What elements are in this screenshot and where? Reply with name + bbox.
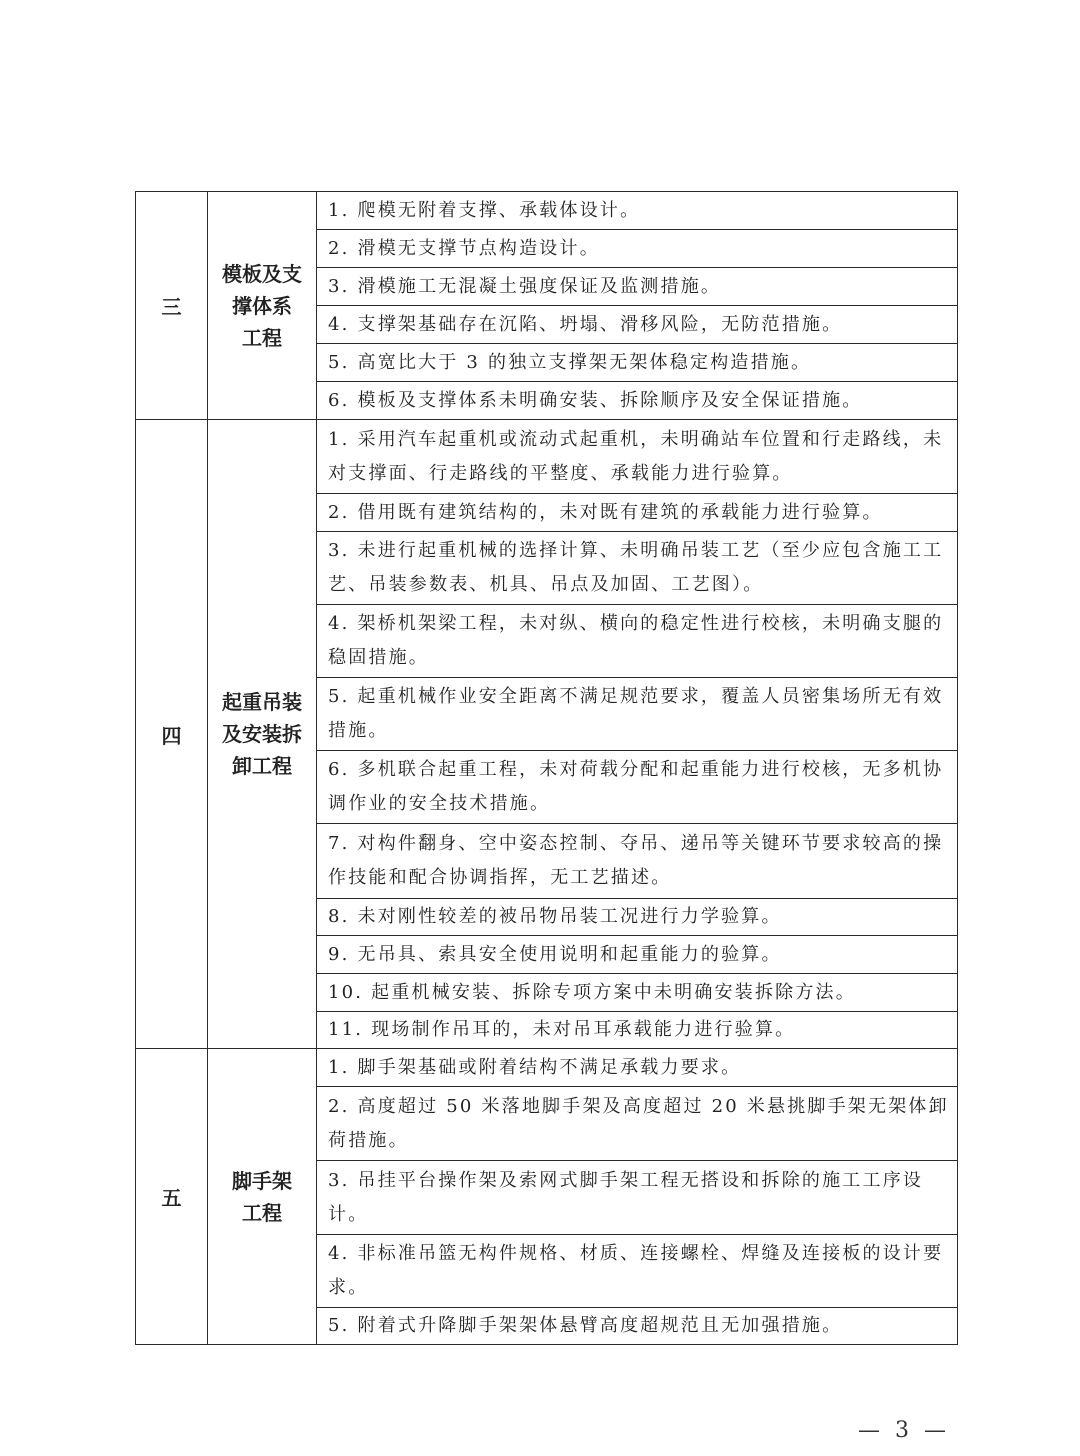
page-number: — 3 — — [858, 1418, 950, 1443]
category-line: 工程 — [208, 322, 316, 354]
section-category: 起重吊装及安装拆卸工程 — [208, 420, 317, 1049]
category-line: 卸工程 — [208, 750, 316, 782]
criteria-item: 3. 滑模施工无混凝土强度保证及监测措施。 — [317, 268, 958, 306]
hazard-criteria-table: 三模板及支撑体系工程1. 爬模无附着支撑、承载体设计。2. 滑模无支撑节点构造设… — [135, 191, 958, 1345]
criteria-item: 2. 借用既有建筑结构的，未对既有建筑的承载能力进行验算。 — [317, 494, 958, 532]
table-body: 三模板及支撑体系工程1. 爬模无附着支撑、承载体设计。2. 滑模无支撑节点构造设… — [136, 192, 958, 1345]
criteria-item: 4. 支撑架基础存在沉陷、坍塌、滑移风险，无防范措施。 — [317, 306, 958, 344]
criteria-item: 5. 附着式升降脚手架架体悬臂高度超规范且无加强措施。 — [317, 1308, 958, 1345]
criteria-item: 1. 爬模无附着支撑、承载体设计。 — [317, 192, 958, 230]
section-number: 五 — [136, 1049, 208, 1345]
criteria-item: 9. 无吊具、索具安全使用说明和起重能力的验算。 — [317, 936, 958, 974]
criteria-item: 6. 多机联合起重工程，未对荷载分配和起重能力进行校核，无多机协调作业的安全技术… — [317, 751, 958, 824]
category-line: 工程 — [208, 1197, 316, 1229]
criteria-item: 3. 未进行起重机械的选择计算、未明确吊装工艺（至少应包含施工工艺、吊装参数表、… — [317, 532, 958, 605]
category-line: 模板及支 — [208, 258, 316, 290]
category-line: 起重吊装 — [208, 686, 316, 718]
table-row: 五脚手架工程1. 脚手架基础或附着结构不满足承载力要求。 — [136, 1049, 958, 1087]
criteria-item: 7. 对构件翻身、空中姿态控制、夺吊、递吊等关键环节要求较高的操作技能和配合协调… — [317, 824, 958, 899]
criteria-item: 1. 采用汽车起重机或流动式起重机，未明确站车位置和行走路线，未对支撑面、行走路… — [317, 420, 958, 494]
criteria-item: 11. 现场制作吊耳的，未对吊耳承载能力进行验算。 — [317, 1012, 958, 1049]
criteria-item: 5. 高宽比大于 3 的独立支撑架无架体稳定构造措施。 — [317, 344, 958, 382]
criteria-item: 2. 滑模无支撑节点构造设计。 — [317, 230, 958, 268]
criteria-item: 1. 脚手架基础或附着结构不满足承载力要求。 — [317, 1049, 958, 1087]
category-line: 撑体系 — [208, 290, 316, 322]
table-row: 四起重吊装及安装拆卸工程1. 采用汽车起重机或流动式起重机，未明确站车位置和行走… — [136, 420, 958, 494]
criteria-item: 4. 非标准吊篮无构件规格、材质、连接螺栓、焊缝及连接板的设计要求。 — [317, 1235, 958, 1308]
table-row: 三模板及支撑体系工程1. 爬模无附着支撑、承载体设计。 — [136, 192, 958, 230]
criteria-item: 8. 未对刚性较差的被吊物吊装工况进行力学验算。 — [317, 899, 958, 936]
section-category: 模板及支撑体系工程 — [208, 192, 317, 420]
criteria-item: 2. 高度超过 50 米落地脚手架及高度超过 20 米悬挑脚手架无架体卸荷措施。 — [317, 1087, 958, 1161]
criteria-item: 6. 模板及支撑体系未明确安装、拆除顺序及安全保证措施。 — [317, 382, 958, 420]
criteria-item: 3. 吊挂平台操作架及索网式脚手架工程无搭设和拆除的施工工序设计。 — [317, 1161, 958, 1235]
criteria-item: 10. 起重机械安装、拆除专项方案中未明确安装拆除方法。 — [317, 974, 958, 1012]
section-category: 脚手架工程 — [208, 1049, 317, 1345]
category-line: 脚手架 — [208, 1165, 316, 1197]
category-line: 及安装拆 — [208, 718, 316, 750]
section-number: 三 — [136, 192, 208, 420]
criteria-item: 4. 架桥机架梁工程，未对纵、横向的稳定性进行校核，未明确支腿的稳固措施。 — [317, 605, 958, 678]
criteria-item: 5. 起重机械作业安全距离不满足规范要求，覆盖人员密集场所无有效措施。 — [317, 678, 958, 751]
section-number: 四 — [136, 420, 208, 1049]
